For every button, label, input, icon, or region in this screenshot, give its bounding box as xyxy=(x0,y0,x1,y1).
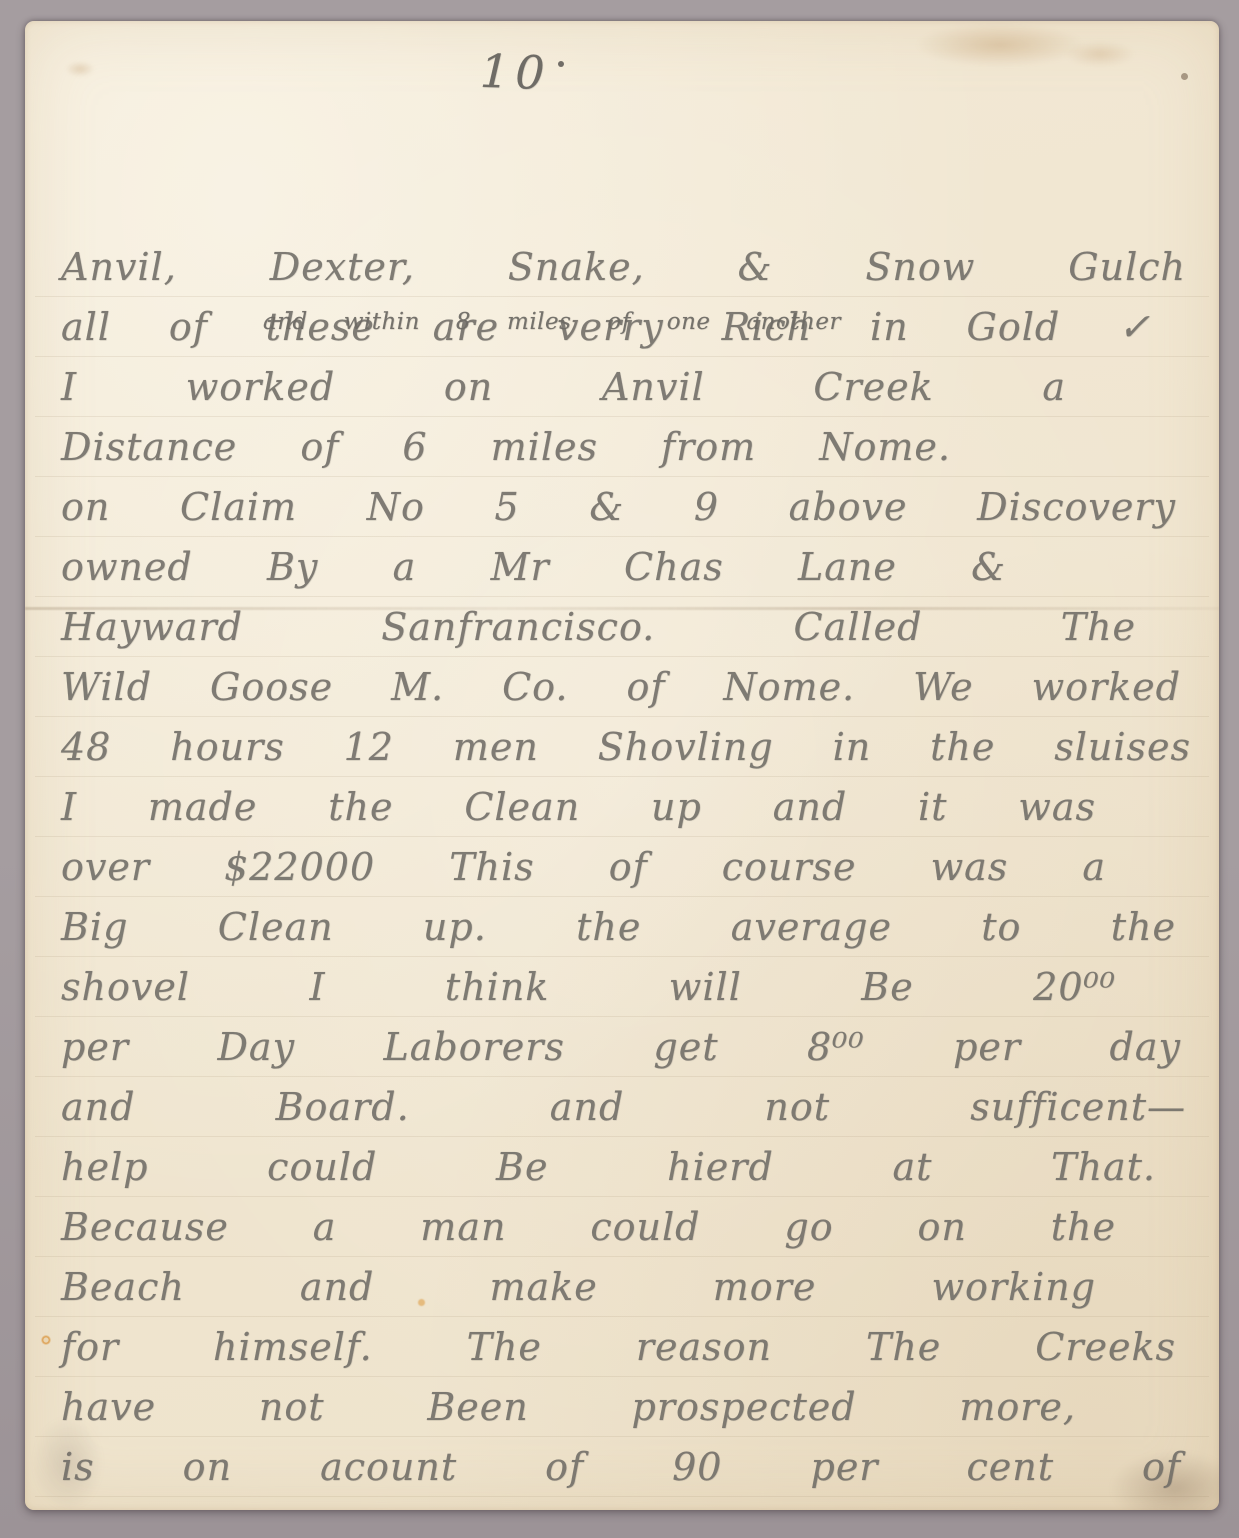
photo-mat-background: { "page": { "number": "10" }, "manuscrip… xyxy=(0,0,1239,1538)
manuscript-line: Hayward Sanfrancisco. Called The xyxy=(61,601,1136,653)
manuscript-line: all of these are verry Rich in Gold ✓ xyxy=(61,301,1151,353)
manuscript-line: I made the Clean up and it was xyxy=(61,781,1096,833)
manuscript-line: and Board. and not sufficent— xyxy=(61,1081,1186,1133)
orange-stain-dot xyxy=(41,1335,51,1345)
manuscript-line: Big Clean up. the average to the xyxy=(61,901,1176,953)
foxing-stain xyxy=(1065,41,1135,67)
manuscript-line: Because a man could go on the xyxy=(61,1201,1116,1253)
manuscript-line: for himself. The reason The Creeks xyxy=(61,1321,1176,1373)
manuscript-line: per Day Laborers get 8⁰⁰ per day xyxy=(61,1021,1181,1073)
manuscript-line: have not Been prospected more, xyxy=(61,1381,1076,1433)
ink-dot xyxy=(558,61,564,67)
manuscript-line: Wild Goose M. Co. of Nome. We worked xyxy=(61,661,1181,713)
manuscript-page: 10 Anvil, Dexter, Snake, & Snow Gulch an… xyxy=(25,21,1219,1510)
manuscript-line: owned By a Mr Chas Lane & xyxy=(61,541,1006,593)
manuscript-line: is on acount of 90 per cent of xyxy=(61,1441,1181,1493)
foxing-stain xyxy=(915,23,1085,67)
page-number: 10 xyxy=(479,44,551,100)
paper-speck xyxy=(1181,73,1188,80)
manuscript-line: over $22000 This of course was a xyxy=(61,841,1106,893)
manuscript-line: Distance of 6 miles from Nome. xyxy=(61,421,951,473)
manuscript-line: I worked on Anvil Creek a xyxy=(61,361,1066,413)
manuscript-line: on Claim No 5 & 9 above Discovery xyxy=(61,481,1176,533)
foxing-stain xyxy=(65,61,95,77)
manuscript-line: Anvil, Dexter, Snake, & Snow Gulch xyxy=(61,241,1186,293)
manuscript-line: help could Be hierd at That. xyxy=(61,1141,1156,1193)
manuscript-line: shovel I think will Be 20⁰⁰ xyxy=(61,961,1116,1013)
manuscript-line: Beach and make more working xyxy=(61,1261,1096,1313)
manuscript-line: 48 hours 12 men Shovling in the sluises xyxy=(61,721,1191,773)
